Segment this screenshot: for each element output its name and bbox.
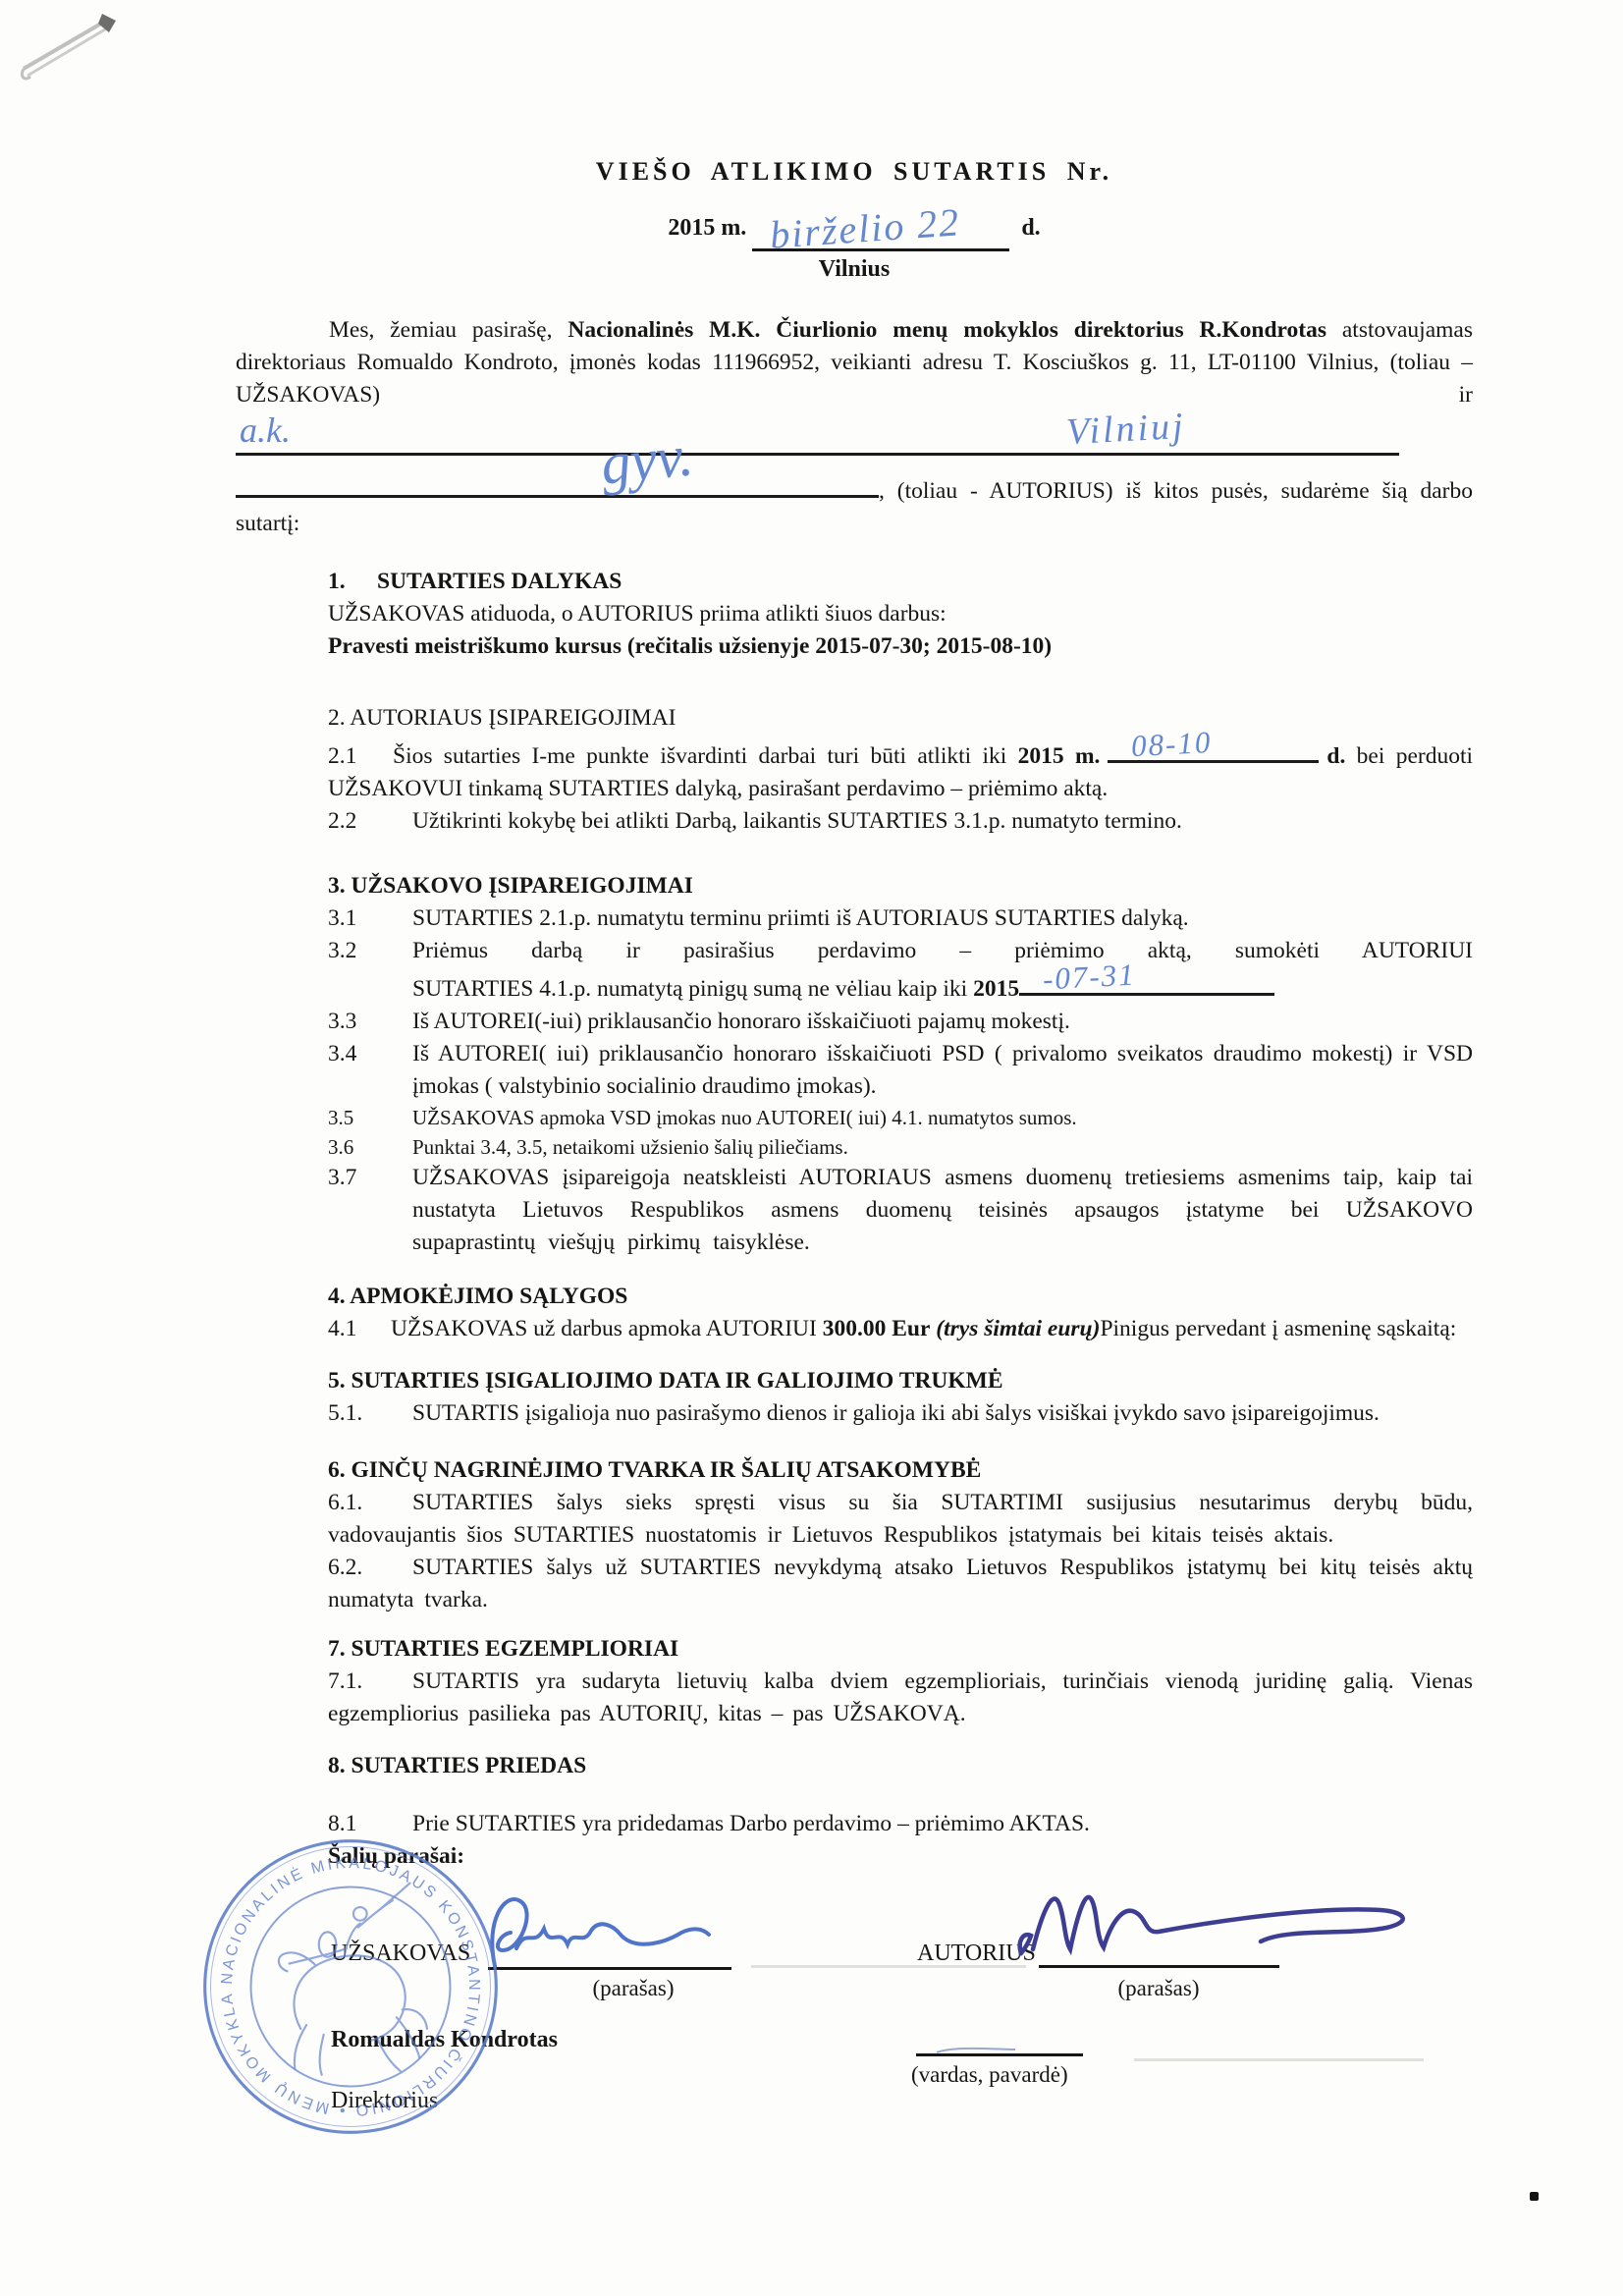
section-1-heading: 1.SUTARTIES DALYKAS — [328, 566, 1473, 598]
clause-3-4-number: 3.4 — [328, 1038, 356, 1070]
clause-3-7: 3.7UŽSAKOVAS įsipareigoja neatskleisti A… — [328, 1162, 1473, 1259]
scan-artifact-faint-line-right — [1134, 2058, 1424, 2061]
clause-4-1: 4.1UŽSAKOVAS už darbus apmoka AUTORIUI 3… — [328, 1313, 1473, 1345]
section-6-heading: 6. GINČŲ NAGRINĖJIMO TVARKA IR ŠALIŲ ATS… — [328, 1454, 1473, 1487]
clause-6-1-text: SUTARTIES šalys sieks spręsti visus su š… — [328, 1490, 1473, 1548]
school-round-stamp: NACIONALINĖ MIKALOJAUS KONSTANTINO ČIURL… — [192, 1829, 509, 2145]
clause-4-1-amount: 300.00 Eur — [823, 1316, 931, 1341]
clause-4-1-post: Pinigus pervedant į asmeninę sąskaitą: — [1100, 1316, 1456, 1341]
clause-6-1-number: 6.1. — [328, 1487, 412, 1519]
handwritten-deadline-3-2: -07-31 — [1042, 958, 1136, 996]
date-line: 2015 m.birželio 22d. — [236, 204, 1473, 251]
clause-3-3-number: 3.3 — [328, 1006, 356, 1038]
clause-3-5: 3.5UŽSAKOVAS apmoka VSD įmokas nuo AUTOR… — [328, 1103, 1473, 1132]
handwritten-city: Vilniuj — [1065, 405, 1187, 454]
city-label: Vilnius — [236, 256, 1473, 283]
author-identity-blank-line: a.k. gyv. Vilniuj — [236, 413, 1399, 456]
clause-3-2-year: 2015 — [973, 976, 1019, 1002]
clause-2-2-number: 2.2 — [328, 805, 412, 838]
section-8-heading: 8. SUTARTIES PRIEDAS — [328, 1750, 1473, 1782]
clause-3-3-text: Iš AUTOREI(-iui) priklausančio honoraro … — [412, 1009, 1070, 1034]
clause-3-5-number: 3.5 — [328, 1103, 353, 1132]
clause-3-2-line2: SUTARTIES 4.1.p. numatytą pinigų sumą ne… — [412, 967, 1473, 1006]
date-prefix: 2015 m. — [668, 215, 746, 241]
stamp-ring-textpath: NACIONALINĖ MIKALOJAUS KONSTANTINO ČIURL… — [218, 1854, 483, 2119]
clause-2-1-pre: Šios sutarties I-me punkte išvardinti da… — [393, 743, 1018, 769]
clause-3-6-number: 3.6 — [328, 1132, 353, 1162]
clause-6-2-text: SUTARTIES šalys už SUTARTIES nevykdymą a… — [328, 1555, 1473, 1613]
clause-6-2-number: 6.2. — [328, 1552, 412, 1584]
clause-3-3: 3.3Iš AUTOREI(-iui) priklausančio honora… — [328, 1006, 1473, 1038]
clause-3-1-number: 3.1 — [328, 902, 356, 935]
clause-2-1-blank: 08-10 — [1108, 735, 1319, 763]
clause-2-1-number: 2.1 — [328, 740, 393, 773]
clause-4-1-pre: UŽSAKOVAS už darbus apmoka AUTORIUI — [391, 1316, 823, 1341]
section-5-heading: 5. SUTARTIES ĮSIGALIOJIMO DATA IR GALIOJ… — [328, 1365, 1473, 1397]
clause-7-1: 7.1.SUTARTIS yra sudaryta lietuvių kalba… — [328, 1666, 1473, 1730]
author-signature-caption: (parašas) — [1060, 1976, 1257, 2001]
clause-5-1-number: 5.1. — [328, 1397, 412, 1430]
handwritten-personal-code: a.k. — [240, 410, 291, 451]
clause-5-1: 5.1.SUTARTIS įsigalioja nuo pasirašymo d… — [328, 1397, 1473, 1430]
customer-signature-caption: (parašas) — [535, 1976, 731, 2001]
clause-3-5-text: UŽSAKOVAS apmoka VSD įmokas nuo AUTOREI(… — [412, 1106, 1077, 1129]
clause-3-2-number: 3.2 — [328, 935, 356, 967]
clause-3-1: 3.1SUTARTIES 2.1.p. numatytu terminu pri… — [328, 902, 1473, 935]
handwritten-date: birželio 22 — [769, 198, 962, 258]
clause-6-1: 6.1.SUTARTIES šalys sieks spręsti visus … — [328, 1487, 1473, 1552]
section-4-heading: 4. APMOKĖJIMO SĄLYGOS — [328, 1281, 1473, 1313]
author-clause-line: , (toliau - AUTORIUS) iš kitos pusės, su… — [236, 469, 1473, 540]
clause-3-2-blank: -07-31 — [1019, 967, 1274, 996]
author-signature-scribble — [1011, 1871, 1434, 1969]
clause-3-2: 3.2 Priėmus darbą ir pasirašius perdavim… — [328, 935, 1473, 1006]
section-1-title: SUTARTIES DALYKAS — [377, 569, 622, 594]
clause-3-2-line1: Priėmus darbą ir pasirašius perdavimo – … — [412, 935, 1473, 967]
author-name-blank — [236, 469, 879, 498]
handwritten-residence: gyv. — [598, 421, 697, 498]
clause-7-1-text: SUTARTIS yra sudaryta lietuvių kalba dvi… — [328, 1668, 1473, 1726]
clause-4-1-number: 4.1 — [328, 1313, 356, 1345]
clause-2-1: 2.1Šios sutarties I-me punkte išvardinti… — [328, 735, 1473, 805]
contract-body: VIEŠO ATLIKIMO SUTARTIS Nr. 2015 m.birže… — [236, 0, 1473, 1873]
clause-8-1-text: Prie SUTARTIES yra pridedamas Darbo perd… — [412, 1811, 1090, 1836]
intro-pre: Mes, žemiau pasirašę, — [329, 317, 568, 343]
clause-3-2-line2-text: SUTARTIES 4.1.p. numatytą pinigų sumą ne… — [412, 976, 973, 1002]
clause-2-1-d: d. — [1326, 743, 1345, 769]
clause-3-7-number: 3.7 — [328, 1162, 356, 1194]
clause-3-4: 3.4Iš AUTOREI( iui) priklausančio honora… — [328, 1038, 1473, 1103]
date-suffix: d. — [1021, 215, 1040, 241]
clause-2-2: 2.2Užtikrinti kokybę bei atlikti Darbą, … — [328, 805, 1473, 838]
contract-title: VIEŠO ATLIKIMO SUTARTIS Nr. — [236, 0, 1473, 187]
date-blank-line: birželio 22 — [752, 205, 1009, 251]
paperclip-scan-artifact — [8, 6, 155, 104]
scanned-contract-page: VIEŠO ATLIKIMO SUTARTIS Nr. 2015 m.birže… — [0, 0, 1623, 2296]
stamp-ring-text: NACIONALINĖ MIKALOJAUS KONSTANTINO ČIURL… — [218, 1854, 483, 2119]
section-1-number: 1. — [328, 566, 377, 598]
clause-2-2-text: Užtikrinti kokybę bei atlikti Darbą, lai… — [412, 808, 1182, 834]
author-name-caption: (vardas, pavardė) — [911, 2062, 1127, 2088]
clause-3-6: 3.6Punktai 3.4, 3.5, netaikomi užsienio … — [328, 1132, 1473, 1162]
clause-6-2: 6.2.SUTARTIES šalys už SUTARTIES nevykdy… — [328, 1552, 1473, 1616]
handwritten-deadline-2-1: 08-10 — [1131, 726, 1214, 762]
scan-artifact-dot — [1530, 2192, 1539, 2201]
intro-customer-name: Nacionalinės M.K. Čiurlionio menų mokykl… — [568, 317, 1326, 343]
section-3-heading: 3. UŽSAKOVO ĮSIPAREIGOJIMAI — [328, 870, 1473, 902]
clause-7-1-number: 7.1. — [328, 1666, 412, 1698]
clause-1-p1: UŽSAKOVAS atiduoda, o AUTORIUS priima at… — [328, 598, 1473, 630]
clause-3-6-text: Punktai 3.4, 3.5, netaikomi užsienio šal… — [412, 1135, 848, 1159]
stamp-vytis-knight-emblem — [279, 1884, 427, 2075]
clause-4-1-amount-words: (trys šimtai eurų) — [930, 1316, 1100, 1341]
section-2-heading: 2. AUTORIAUS ĮSIPAREIGOJIMAI — [328, 702, 1473, 735]
clause-5-1-text: SUTARTIS įsigalioja nuo pasirašymo dieno… — [412, 1400, 1380, 1426]
clause-2-1-year: 2015 m. — [1018, 743, 1101, 769]
clause-3-4-text: Iš AUTOREI( iui) priklausančio honoraro … — [412, 1041, 1473, 1099]
intro-paragraph: Mes, žemiau pasirašę, Nacionalinės M.K. … — [236, 314, 1473, 411]
clause-3-7-text: UŽSAKOVAS įsipareigoja neatskleisti AUTO… — [412, 1165, 1473, 1255]
clause-3-1-text: SUTARTIES 2.1.p. numatytu terminu priimt… — [412, 905, 1189, 931]
section-7-heading: 7. SUTARTIES EGZEMPLIORIAI — [328, 1633, 1473, 1666]
clause-1-p2: Pravesti meistriškumo kursus (rečitalis … — [328, 630, 1473, 663]
author-name-faint-mark — [933, 2041, 1021, 2058]
